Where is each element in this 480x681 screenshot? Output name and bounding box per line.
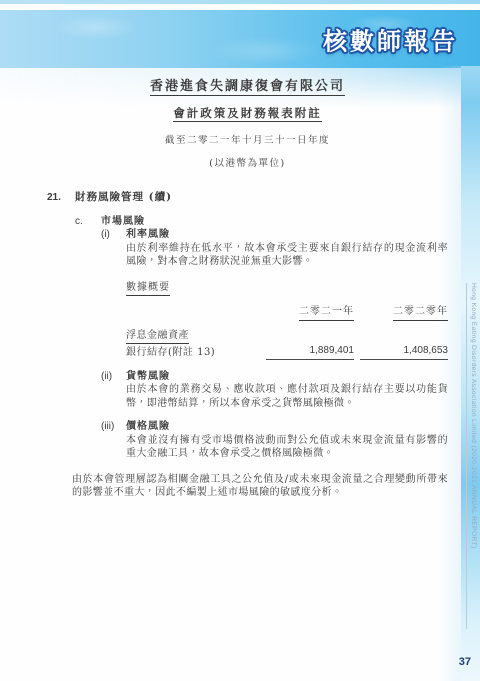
top-edge-strip bbox=[0, 0, 480, 4]
organization-name: 香港進食失調康復會有限公司 bbox=[150, 80, 345, 96]
header-banner: 核數師報告 bbox=[0, 10, 480, 68]
item-title: 價格風險 bbox=[126, 420, 448, 434]
row-label: 銀行結存(附註 13) bbox=[126, 346, 260, 360]
table-group-label: 浮息金融資產 bbox=[126, 329, 448, 345]
subsection-c: c. 市場風險 (i) 利率風險 由於利率維持在低水平，故本會承受主要來自銀行結… bbox=[75, 215, 448, 461]
subsection-title: 市場風險 bbox=[101, 215, 448, 229]
section-21: 21. 財務風險管理 (續) bbox=[47, 191, 448, 205]
reporting-period: 截至二零二一年十月三十一日年度 bbox=[47, 134, 448, 148]
item-title: 貨幣風險 bbox=[126, 370, 448, 384]
item-marker: (i) bbox=[101, 228, 126, 360]
item-price-risk: (iii) 價格風險 本會並沒有擁有受市場價格波動而對公允值或未來現金流量有影響… bbox=[101, 420, 448, 461]
row-value-2020: 1,408,653 bbox=[360, 344, 448, 360]
subsection-label: c. bbox=[75, 215, 101, 461]
item-paragraph: 由於本會的業務交易、應收款項、應付款項及銀行結存主要以功能貨幣，即港幣結算，所以… bbox=[126, 383, 448, 410]
item-currency-risk: (ii) 貨幣風險 由於本會的業務交易、應收款項、應付款項及銀行結存主要以功能貨… bbox=[101, 370, 448, 411]
item-marker: (iii) bbox=[101, 420, 126, 461]
page-number: 37 bbox=[459, 656, 471, 668]
column-header-2020: 二零二零年 bbox=[360, 305, 448, 321]
table-header-row: 二零二一年 二零二零年 bbox=[126, 305, 448, 321]
closing-paragraph: 由於本會管理層認為相關金融工具之公允值及/或未來現金流量之合理變動所帶來的影響並… bbox=[72, 473, 448, 500]
row-value-2021: 1,889,401 bbox=[266, 344, 354, 360]
currency-note: (以港幣為單位) bbox=[47, 157, 448, 171]
item-paragraph: 由於利率維持在低水平，故本會承受主要來自銀行結存的現金流利率風險，對本會之財務狀… bbox=[126, 242, 448, 269]
report-page: 核數師報告 Hong Kong Eating Disorders Associa… bbox=[0, 0, 480, 681]
side-vertical-caption: Hong Kong Eating Disorders Association L… bbox=[466, 283, 477, 629]
banner-title: 核數師報告 bbox=[323, 22, 458, 57]
document-content: 香港進食失調康復會有限公司 會計政策及財務報表附註 截至二零二一年十月三十一日年… bbox=[47, 80, 448, 500]
item-title: 利率風險 bbox=[126, 228, 448, 242]
section-number: 21. bbox=[47, 191, 75, 205]
item-interest-rate-risk: (i) 利率風險 由於利率維持在低水平，故本會承受主要來自銀行結存的現金流利率風… bbox=[101, 228, 448, 360]
subsection-body: 市場風險 (i) 利率風險 由於利率維持在低水平，故本會承受主要來自銀行結存的現… bbox=[101, 215, 448, 461]
document-title: 會計政策及財務報表附註 bbox=[47, 107, 448, 123]
section-title: 財務風險管理 (續) bbox=[75, 191, 172, 205]
document-title-text: 會計政策及財務報表附註 bbox=[173, 107, 322, 123]
table-row: 銀行結存(附註 13) 1,889,401 1,408,653 bbox=[126, 344, 448, 360]
item-paragraph: 本會並沒有擁有受市場價格波動而對公允值或未來現金流量有影響的重大金融工具，故本會… bbox=[126, 434, 448, 461]
item-marker: (ii) bbox=[101, 370, 126, 411]
data-summary-caption: 數據概要 bbox=[126, 281, 448, 297]
document-header: 香港進食失調康復會有限公司 會計政策及財務報表附註 截至二零二一年十月三十一日年… bbox=[47, 80, 448, 170]
column-header-2021: 二零二一年 bbox=[266, 305, 354, 321]
